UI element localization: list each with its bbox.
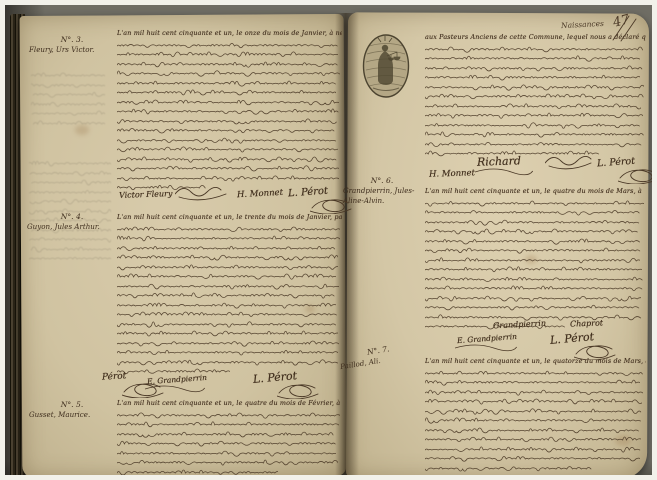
signature: Chaprot [570, 318, 603, 328]
handwriting-line [425, 367, 646, 377]
handwriting-line [425, 147, 646, 157]
act-body-text: L'an mil huit cent cinquante et un, le o… [117, 29, 342, 191]
handwriting-line [425, 52, 646, 62]
handwriting-line [117, 48, 342, 58]
handwriting-line [117, 232, 342, 242]
handwriting-line [117, 327, 342, 337]
handwriting-line [117, 162, 342, 172]
signature-paraph [277, 381, 319, 399]
act-number: N°. 5. [29, 400, 115, 410]
handwriting-line [117, 346, 342, 356]
handwriting-line [425, 90, 646, 100]
signature: Victor Fleury [119, 189, 173, 200]
signature-underline [475, 168, 533, 176]
act-opening-line: L'an mil huit cent cinquante et un, le o… [117, 29, 342, 39]
handwriting-line [425, 71, 646, 81]
act-opening-line: aux Pasteurs Anciens de cette Commune, l… [425, 33, 646, 43]
handwriting-line [425, 206, 646, 216]
handwriting-line [117, 437, 342, 447]
handwriting-line [117, 96, 342, 106]
act-number: N°. 6. [343, 176, 421, 186]
act-person-name: Gusset, Maurice. [29, 410, 115, 420]
handwriting-line [117, 299, 342, 309]
handwriting-line [425, 462, 646, 472]
handwriting-line [117, 318, 342, 328]
handwriting-line [117, 409, 342, 419]
handwriting-line [117, 58, 342, 68]
handwriting-line [425, 81, 646, 91]
handwriting-line [425, 43, 646, 53]
handwriting-line [117, 337, 342, 347]
handwriting-line [117, 115, 342, 125]
handwriting-line [425, 395, 646, 405]
handwriting-line [117, 134, 342, 144]
verso-ink-bleedthrough [29, 157, 111, 262]
handwriting-line [425, 197, 646, 207]
act-opening-line: L'an mil huit cent cinquante et un, le q… [117, 399, 342, 409]
act-body-text: aux Pasteurs Anciens de cette Commune, l… [425, 33, 646, 157]
handwriting-line [425, 109, 646, 119]
handwriting-line [117, 124, 342, 134]
handwriting-line [425, 405, 646, 415]
handwriting-line [425, 62, 646, 72]
act-person-name: Grandpierrin, Jules-Aline-Alvin. [343, 186, 421, 205]
signature-paraph [310, 196, 352, 214]
handwriting-line [425, 128, 646, 138]
handwriting-line [117, 39, 342, 49]
handwriting-line [425, 386, 646, 396]
act-body-text: L'an mil huit cent cinquante et un, le q… [425, 187, 646, 330]
handwriting-line [117, 251, 342, 261]
handwriting-line [117, 308, 342, 318]
handwriting-line [425, 443, 646, 453]
handwriting-line [425, 216, 646, 226]
handwriting-line [425, 282, 646, 292]
handwriting-line [117, 242, 342, 252]
act-number: N°. 3. [29, 35, 115, 45]
foxing-spot [75, 125, 89, 135]
handwriting-line [117, 77, 342, 87]
handwriting-line [425, 452, 646, 462]
margin-act-note: N°. 6.Grandpierrin, Jules-Aline-Alvin. [343, 176, 421, 205]
handwriting-line [117, 223, 342, 233]
verso-ink-bleedthrough [31, 69, 105, 126]
handwriting-line [425, 301, 646, 311]
handwriting-line [117, 418, 342, 428]
handwriting-line [117, 289, 342, 299]
handwriting-line [117, 466, 342, 476]
handwriting-line [425, 119, 646, 129]
act-body-text: L'an mil huit cent cinquante et un, le q… [117, 399, 342, 475]
handwriting-line [425, 376, 646, 386]
handwriting-line [425, 235, 646, 245]
act-opening-line: L'an mil huit cent cinquante et un, le q… [425, 187, 646, 197]
handwriting-line [117, 172, 342, 182]
handwriting-line [117, 365, 342, 375]
handwriting-line [425, 225, 646, 235]
handwriting-line [117, 356, 342, 366]
handwriting-line [117, 261, 342, 271]
handwriting-line [117, 456, 342, 466]
margin-act-note: N°. 3.Fleury, Urs Victor. [29, 35, 115, 55]
handwriting-line [117, 153, 342, 163]
handwriting-line [117, 67, 342, 77]
handwriting-line [425, 263, 646, 273]
scanned-register-photo: Naissances 47 L'an mil huit cent cinquan… [0, 0, 657, 480]
signature-paraph [618, 166, 657, 184]
margin-act-note: N°. 5.Gusset, Maurice. [29, 400, 115, 420]
act-body-text: L'an mil huit cent cinquante et un, le t… [117, 213, 342, 375]
handwriting-line [117, 105, 342, 115]
handwriting-line [117, 270, 342, 280]
illegible-signature-flourish [545, 154, 595, 170]
handwriting-line [425, 244, 646, 254]
handwriting-line [117, 428, 342, 438]
handwriting-line [117, 280, 342, 290]
signature: Richard [477, 154, 521, 169]
act-body-text: L'an mil huit cent cinquante et un, le q… [425, 357, 646, 471]
handwriting-line [425, 414, 646, 424]
handwriting-line [425, 273, 646, 283]
illegible-signature-flourish [175, 185, 230, 201]
act-opening-line: L'an mil huit cent cinquante et un, le t… [117, 213, 342, 223]
handwriting-line [425, 292, 646, 302]
handwriting-line [425, 138, 646, 148]
signature: H. Monnet [429, 168, 475, 180]
signature-paraph [574, 342, 616, 360]
revenue-stamp-seated-figure-with-scales [361, 32, 411, 100]
handwriting-line [117, 447, 342, 457]
handwriting-line [425, 254, 646, 264]
handwriting-line [117, 86, 342, 96]
handwriting-line [425, 433, 646, 443]
handwriting-line [425, 100, 646, 110]
signature-underline [455, 344, 517, 352]
handwriting-line [425, 424, 646, 434]
act-person-name: Fleury, Urs Victor. [29, 45, 115, 55]
signature-underline [145, 385, 205, 393]
handwriting-line [117, 143, 342, 153]
